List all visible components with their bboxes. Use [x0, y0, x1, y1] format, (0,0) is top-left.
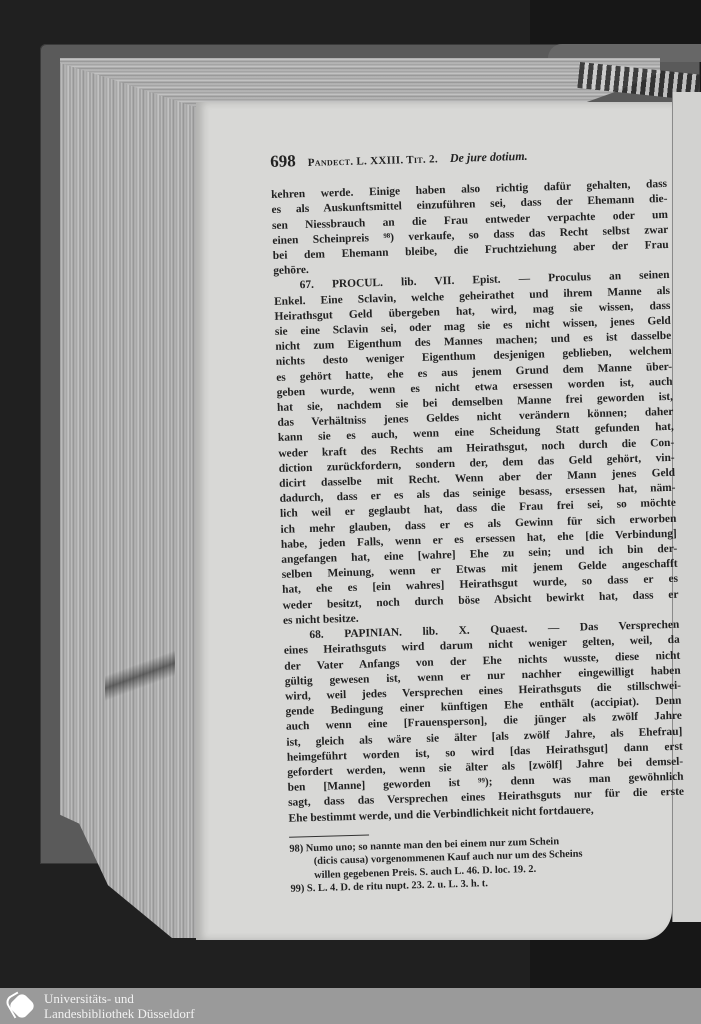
- page-text: 698 Pandect. L. XXIII. Tit. 2. De jure d…: [270, 143, 687, 897]
- page-number: 698: [270, 153, 296, 169]
- footnotes: 98) Numo uno; so nannte man den bei eine…: [289, 831, 686, 896]
- library-name-line2: Landesbibliothek Düsseldorf: [44, 1006, 195, 1021]
- body-text: kehren werde. Einige haben also richtig …: [271, 177, 685, 826]
- running-head-title: De jure dotium.: [450, 149, 528, 166]
- book-logo-icon: [6, 991, 36, 1021]
- footnote-rule: [289, 834, 369, 837]
- library-footer: Universitäts- und Landesbibliothek Düsse…: [0, 988, 701, 1024]
- running-head: 698 Pandect. L. XXIII. Tit. 2. De jure d…: [270, 143, 666, 172]
- stain-mark: [105, 650, 175, 710]
- book-page: 698 Pandect. L. XXIII. Tit. 2. De jure d…: [196, 102, 672, 940]
- library-name-line1: Universitäts- und: [44, 991, 195, 1006]
- running-head-reference: Pandect. L. XXIII. Tit. 2.: [308, 152, 439, 171]
- library-name: Universitäts- und Landesbibliothek Düsse…: [44, 991, 195, 1021]
- scan-image: 698 Pandect. L. XXIII. Tit. 2. De jure d…: [0, 0, 701, 988]
